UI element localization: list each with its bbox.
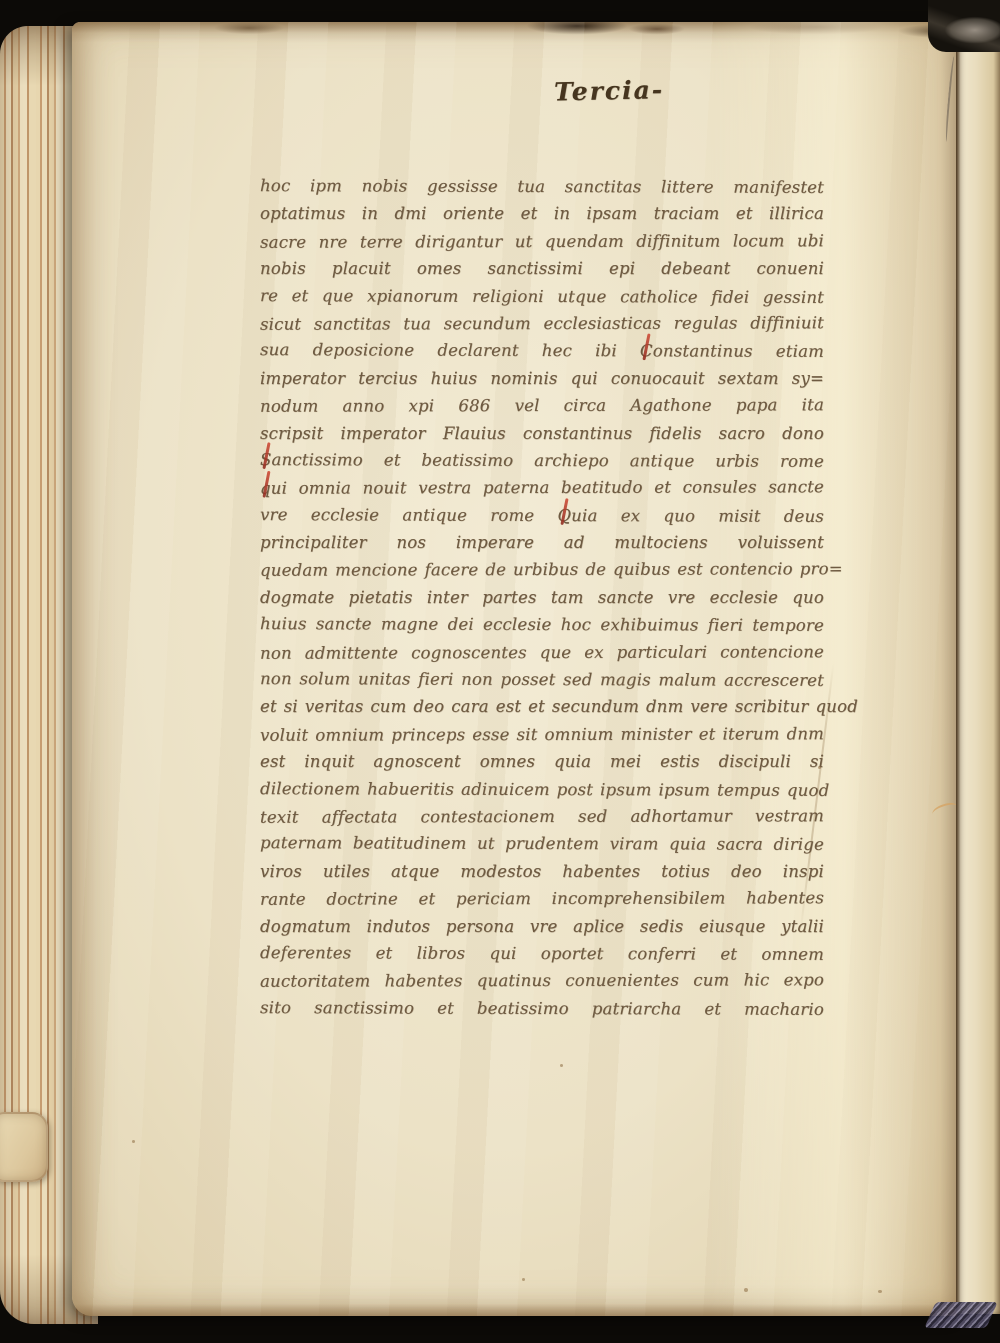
manuscript-line: Sanctissimo et beatissimo archiepo antiq… xyxy=(260,446,824,475)
foxing-speck xyxy=(818,766,821,769)
manuscript-line: viros utiles atque modestos habentes tot… xyxy=(260,858,824,885)
foxing-speck xyxy=(522,1278,525,1281)
manuscript-line: deferentes et libros qui oportet conferr… xyxy=(260,939,824,968)
leather-index-tab xyxy=(0,1112,48,1182)
manuscript-page: Tercia- hoc ipm nobis gessisse tua sanct… xyxy=(72,22,958,1316)
manuscript-line: sacre nre terre dirigantur ut quendam di… xyxy=(260,227,824,256)
manuscript-line: et si veritas cum deo cara est et secund… xyxy=(260,693,824,720)
manuscript-line: nodum anno xpi 686 vel circa Agathone pa… xyxy=(260,391,824,420)
foxing-speck xyxy=(132,1140,135,1143)
headband-spine-top xyxy=(928,0,1000,52)
sewing-threads-bottom xyxy=(924,1302,998,1328)
manuscript-line: scripsit imperator Flauius constantinus … xyxy=(260,420,824,447)
rubricated-initial: S xyxy=(260,446,272,473)
manuscript-line: principaliter nos imperare ad multociens… xyxy=(260,529,824,556)
running-title: Tercia- xyxy=(554,75,695,107)
rubricated-initial: q xyxy=(260,475,271,502)
manuscript-line: quedam mencione facere de urbibus de qui… xyxy=(260,556,824,585)
manuscript-line: auctoritatem habentes quatinus conuenien… xyxy=(260,967,824,996)
manuscript-line: imperator tercius huius nominis qui conu… xyxy=(260,365,824,392)
manuscript-line: non solum unitas fieri non posset sed ma… xyxy=(260,665,824,694)
foxing-speck xyxy=(744,1288,748,1292)
manuscript-line: paternam beatitudinem ut prudentem viram… xyxy=(260,829,824,858)
manuscript-line: non admittente cognoscentes que ex parti… xyxy=(260,638,824,667)
facing-page-sliver xyxy=(956,26,1000,1314)
manuscript-text-block: hoc ipm nobis gessisse tua sanctitas lit… xyxy=(260,173,824,1022)
manuscript-line: qui omnia nouit vestra paterna beatitudo… xyxy=(260,474,824,503)
manuscript-line: sua deposicione declarent hec ibi Consta… xyxy=(260,336,824,365)
manuscript-line: re et que xpianorum religioni utque cath… xyxy=(260,282,824,311)
paper-fiber xyxy=(931,800,959,819)
manuscript-line: huius sancte magne dei ecclesie hoc exhi… xyxy=(260,610,824,639)
manuscript-line: est inquit agnoscent omnes quia mei esti… xyxy=(260,748,824,775)
manuscript-line: dogmatum indutos persona vre aplice sedi… xyxy=(260,913,824,940)
foxing-speck xyxy=(560,1064,563,1067)
manuscript-line: hoc ipm nobis gessisse tua sanctitas lit… xyxy=(260,172,824,201)
manuscript-line: texit affectata contestacionem sed adhor… xyxy=(260,802,824,831)
rubricated-initial: C xyxy=(640,338,653,365)
manuscript-line: dogmate pietatis inter partes tam sancte… xyxy=(260,584,824,611)
manuscript-line: voluit omnium princeps esse sit omnium m… xyxy=(260,720,824,749)
rubricated-initial: Q xyxy=(557,502,571,529)
manuscript-line: optatimus in dmi oriente et in ipsam tra… xyxy=(260,200,824,227)
manuscript-line: vre ecclesie antique rome Quia ex quo mi… xyxy=(260,501,824,530)
foxing-speck xyxy=(878,1290,882,1293)
manuscript-line: rante doctrine et periciam incomprehensi… xyxy=(260,884,824,913)
manuscript-photo: Tercia- hoc ipm nobis gessisse tua sanct… xyxy=(0,0,1000,1343)
manuscript-line: nobis placuit omes sanctissimi epi debea… xyxy=(260,255,824,282)
manuscript-line: dilectionem habueritis adinuicem post ip… xyxy=(260,775,824,804)
manuscript-line: sito sanctissimo et beatissimo patriarch… xyxy=(260,994,824,1023)
manuscript-line: sicut sanctitas tua secundum ecclesiasti… xyxy=(260,309,824,338)
